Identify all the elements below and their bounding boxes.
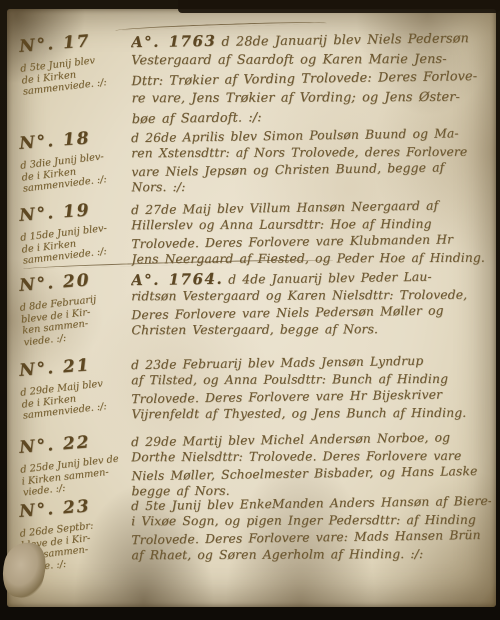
entry-text: d 29de Martij blev Michel Andersøn Norbo… xyxy=(131,430,492,501)
entry-margin: N°. 21 d 29de Maij blev de i Kirken samm… xyxy=(19,356,130,416)
register-entry-21: N°. 21 d 29de Maij blev de i Kirken samm… xyxy=(7,353,496,357)
text-line: Jens Neergaard af Fiested, og Peder Hoe … xyxy=(131,250,491,269)
entry-margin: N°. 17 d 5te Junij blev de i Kirken samm… xyxy=(19,32,130,92)
scan-edge-shadow xyxy=(178,0,500,13)
text-line: Christen Vestergaard, begge af Nors. xyxy=(131,321,491,340)
text-line: Vijrenfeldt af Thyested, og Jens Bunch a… xyxy=(131,405,491,424)
entry-text: d 26de Aprilis blev Simon Poulsøn Buund … xyxy=(131,126,492,197)
margin-note: d 3die Junij blev- de i Kirken sammenvie… xyxy=(20,149,131,196)
register-entry-17: N°. 17 d 5te Junij blev de i Kirken samm… xyxy=(7,29,496,33)
entry-margin: N°. 18 d 3die Junij blev- de i Kirken sa… xyxy=(19,129,130,189)
entry-text: d 27de Maij blev Villum Hansøn Neergaard… xyxy=(131,198,492,269)
entry-margin: N°. 22 d 25de Junij blev de i Kirken sam… xyxy=(19,433,130,493)
year-heading: A°. 1764. xyxy=(131,270,228,289)
manuscript-scan: N°. 17 d 5te Junij blev de i Kirken samm… xyxy=(0,0,500,620)
text-line: bøe af Saardoft. :/: xyxy=(132,105,492,128)
text-line-rest: d 28de Januarij blev Niels Pedersøn xyxy=(221,31,469,50)
margin-note: d 8de Februarij bleve de i Kir- ken samm… xyxy=(19,291,132,349)
register-entry-19: N°. 19 d 15de Junij blev- de i Kirken sa… xyxy=(7,198,496,202)
register-entry-20: N°. 20 d 8de Februarij bleve de i Kir- k… xyxy=(7,268,496,272)
text-line-rest: d 4de Januarij blev Peder Lau- xyxy=(228,270,432,287)
year-heading: A°. 1763 xyxy=(131,32,222,51)
margin-note: d 29de Maij blev de i Kirken sammenviede… xyxy=(20,376,131,423)
margin-note: d 5te Junij blev de i Kirken sammenviede… xyxy=(20,52,131,99)
entry-margin: N°. 20 d 8de Februarij bleve de i Kir- k… xyxy=(19,271,130,343)
margin-note: d 25de Junij blev de i Kirken sammen- vi… xyxy=(20,453,131,500)
entry-text: d 23de Februarij blev Mads Jensøn Lyndru… xyxy=(131,353,492,424)
parchment-page: N°. 17 d 5te Junij blev de i Kirken samm… xyxy=(7,9,496,607)
text-line: af Rhaet, og Søren Agerholm af Hinding. … xyxy=(131,546,491,565)
register-entry-22: N°. 22 d 25de Junij blev de i Kirken sam… xyxy=(7,430,496,434)
entry-text: A°. 1764.d 4de Januarij blev Peder Lau- … xyxy=(131,268,492,340)
entry-text: d 5te Junij blev EnkeManden Anders Hansø… xyxy=(131,494,492,565)
text-line: Nors. :/: xyxy=(131,178,491,197)
entry-text: A°. 1763d 28de Januarij blev Niels Peder… xyxy=(131,29,492,128)
margin-note: d 15de Junij blev- de i Kirken sammenvie… xyxy=(20,221,131,268)
entry-margin: N°. 19 d 15de Junij blev- de i Kirken sa… xyxy=(19,201,130,261)
pen-flourish xyxy=(115,20,327,30)
